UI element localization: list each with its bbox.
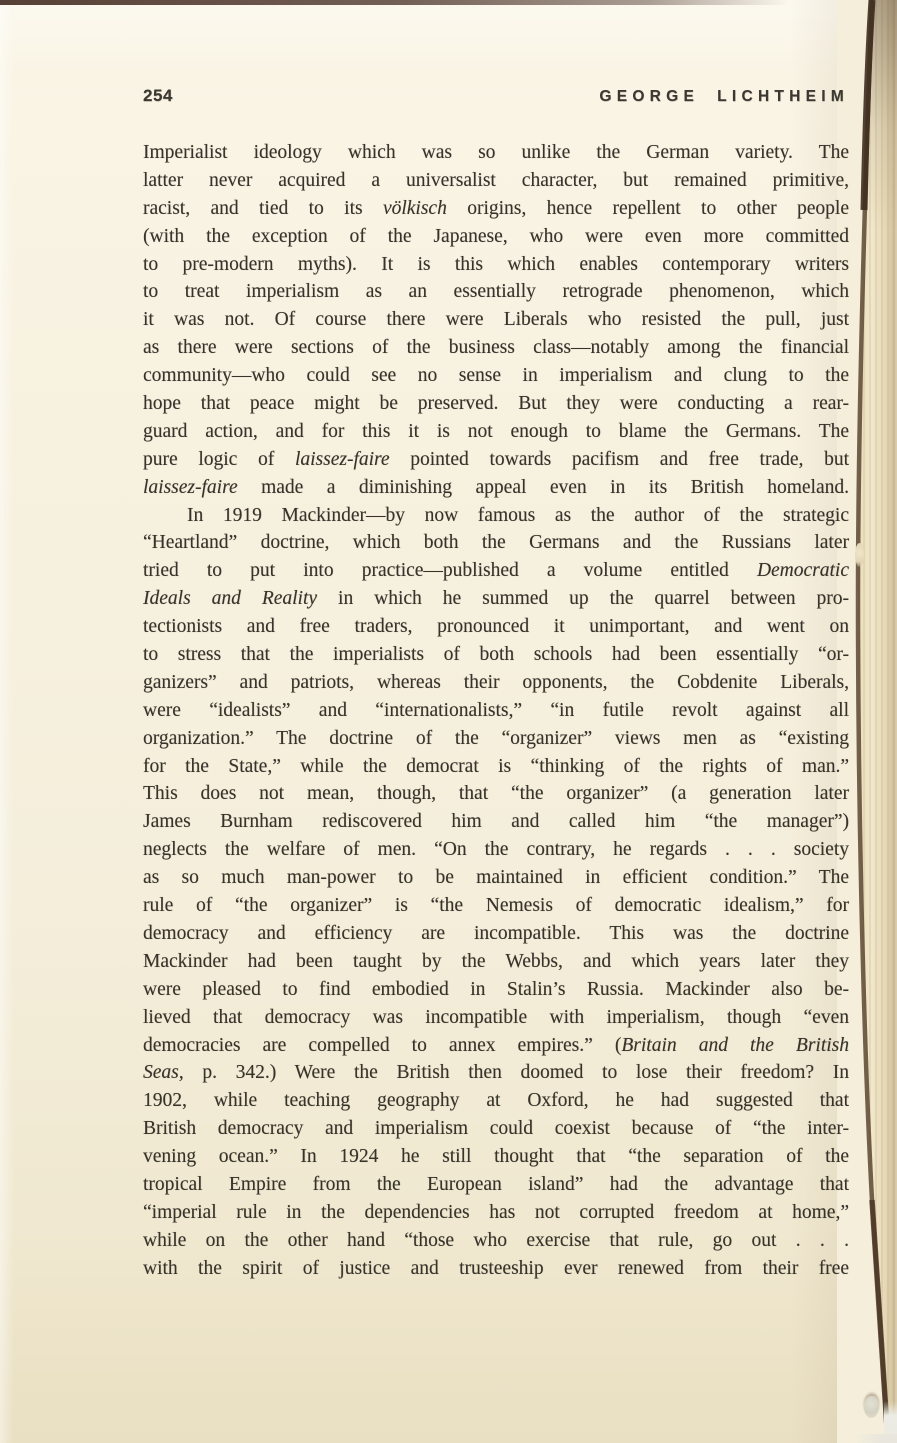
text-line: to stress that the imperialists of both … [143,641,849,669]
text-line: to pre-modern myths). It is this which e… [143,251,849,279]
text-line: British democracy and imperialism could … [143,1115,849,1143]
text-line: hope that peace might be preserved. But … [143,390,849,418]
text-line: democracy and efficiency are incompatibl… [143,920,849,948]
text-line: lieved that democracy was incompatible w… [143,1004,849,1032]
text-line: James Burnham rediscovered him and calle… [143,808,849,836]
text-line: neglects the welfare of men. “On the con… [143,836,849,864]
text-line: tried to put into practice—published a v… [143,557,849,585]
text-line: were “idealists” and “internationalists,… [143,697,849,725]
text-line: guard action, and for this it is not eno… [143,418,849,446]
text-line: with the spirit of justice and trusteesh… [143,1255,849,1283]
text-line: Mackinder had been taught by the Webbs, … [143,948,849,976]
text-line: rule of “the organizer” is “the Nemesis … [143,892,849,920]
text-line: “imperial rule in the dependencies has n… [143,1199,849,1227]
text-line: it was not. Of course there were Liberal… [143,306,849,334]
text-line: pure logic of laissez-faire pointed towa… [143,446,849,474]
text-line: racist, and tied to its völkisch origins… [143,195,849,223]
text-line: while on the other hand “those who exerc… [143,1227,849,1255]
scan-corner-highlight-bottom [855,1434,897,1443]
text-line: Seas, p. 342.) Were the British then doo… [143,1059,849,1087]
page-body: Imperialist ideology which was so unlike… [143,139,849,1283]
text-line: “Heartland” doctrine, which both the Ger… [143,529,849,557]
text-line: (with the exception of the Japanese, who… [143,223,849,251]
text-line: community—who could see no sense in impe… [143,362,849,390]
text-line: as there were sections of the business c… [143,334,849,362]
book-page-scan: 254 GEORGE LICHTHEIM Imperialist ideolog… [0,0,897,1443]
text-line: tectionists and free traders, pronounced… [143,613,849,641]
text-line: vening ocean.” In 1924 he still thought … [143,1143,849,1171]
text-line: laissez-faire made a diminishing appeal … [143,474,849,502]
page-header: 254 GEORGE LICHTHEIM [143,86,849,106]
text-line: ganizers” and patriots, whereas their op… [143,669,849,697]
text-line: This does not mean, though, that “the or… [143,780,849,808]
text-line: were pleased to find embodied in Stalin’… [143,976,849,1004]
text-line: to treat imperialism as an essentially r… [143,278,849,306]
text-line: democracies are compelled to annex empir… [143,1032,849,1060]
text-line: tropical Empire from the European island… [143,1171,849,1199]
text-line: as so much man-power to be maintained in… [143,864,849,892]
text-line: In 1919 Mackinder—by now famous as the a… [143,502,849,530]
page-edge-blemish-small [855,543,864,567]
running-header: GEORGE LICHTHEIM [599,88,849,106]
scan-top-edge [0,0,897,5]
text-line: 1902, while teaching geography at Oxford… [143,1087,849,1115]
text-line: latter never acquired a universalist cha… [143,167,849,195]
text-line: Ideals and Reality in which he summed up… [143,585,849,613]
text-line: organization.” The doctrine of the “orga… [143,725,849,753]
text-line: for the State,” while the democrat is “t… [143,753,849,781]
text-line: Imperialist ideology which was so unlike… [143,139,849,167]
page-number: 254 [143,86,173,106]
